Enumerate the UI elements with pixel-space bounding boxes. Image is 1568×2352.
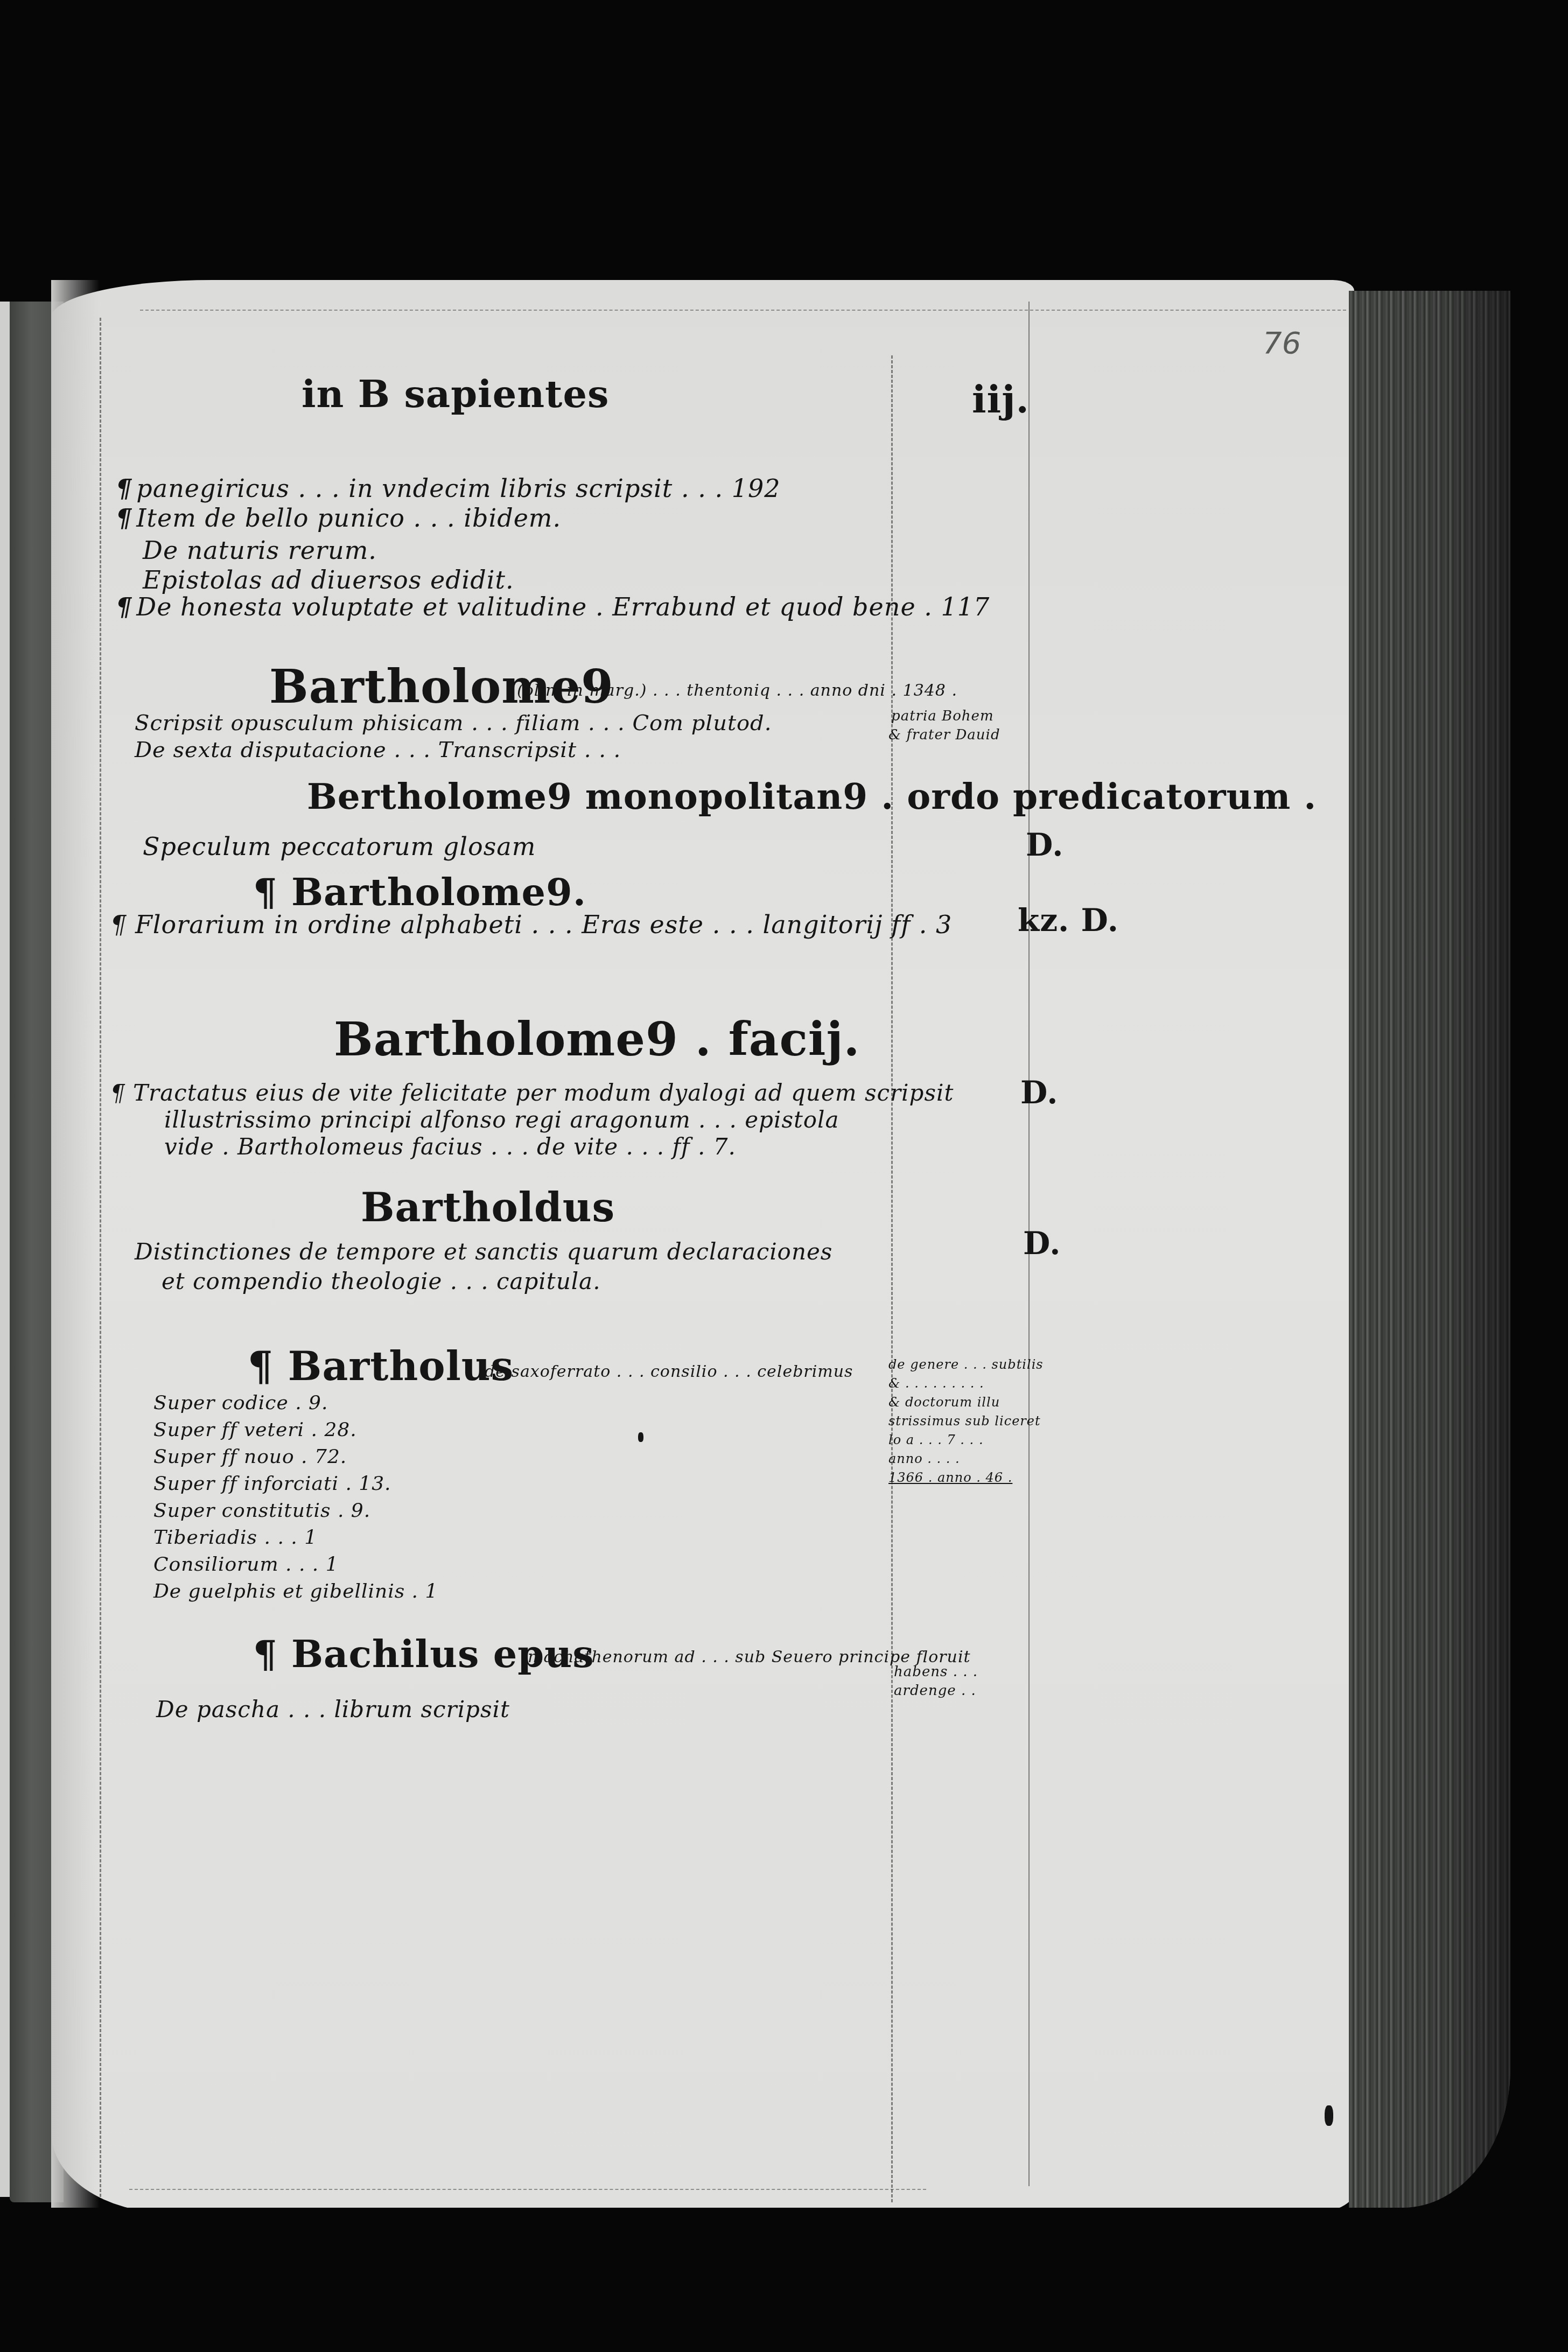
section-line: Super ff nouo . 72. xyxy=(153,1446,347,1468)
column-mark: kz. D. xyxy=(1018,902,1119,939)
ruling-top xyxy=(140,310,1346,311)
entry-line: ¶panegiricus . . . in vndecim libris scr… xyxy=(116,474,780,503)
margin-note: de genere . . . subtilis xyxy=(888,1357,1044,1372)
entry-line: ¶Item de bello punico . . . ibidem. xyxy=(116,503,561,533)
column-mark: D. xyxy=(1023,1225,1061,1262)
section-line: Super ff veteri . 28. xyxy=(153,1419,357,1441)
ink-spot xyxy=(1325,2105,1333,2126)
margin-note: habens . . . xyxy=(894,1664,978,1680)
margin-note: 1366 . anno . 46 . xyxy=(888,1470,1012,1485)
margin-note: & doctorum illu xyxy=(888,1395,1000,1410)
section-heading: Bartholome9 . facij. xyxy=(334,1012,860,1067)
section-line: ¶ Tractatus eius de vite felicitate per … xyxy=(110,1080,954,1106)
section-line: Scripsit opusculum phisicam . . . filiam… xyxy=(135,711,772,736)
entry-line: Epistolas ad diuersos edidit. xyxy=(143,565,514,594)
section-line: Super ff inforciati . 13. xyxy=(153,1473,391,1495)
section-line: De sexta disputacione . . . Transcripsit… xyxy=(135,738,621,762)
book-fore-edge xyxy=(1349,291,1510,2208)
section-line: Super codice . 9. xyxy=(153,1392,328,1414)
margin-note: patria Bohem xyxy=(891,708,994,724)
margin-note: anno . . . . xyxy=(888,1451,960,1466)
ruling-left xyxy=(100,318,101,2197)
section-line: vide . Bartholomeus facius . . . de vite… xyxy=(164,1133,736,1160)
entry-line: ¶De honesta voluptate et valitudine . Er… xyxy=(116,592,990,621)
previous-page-edge xyxy=(0,302,11,2197)
margin-note: strissimus sub liceret xyxy=(888,1413,1041,1429)
margin-note: ardenge . . xyxy=(894,1683,976,1699)
section-line: Distinctiones de tempore et sanctis quar… xyxy=(135,1238,832,1265)
running-head-left: in B sapientes xyxy=(302,372,609,416)
ruling-middle xyxy=(891,355,893,2202)
section-heading-note: (olim in marg.) . . . thentoniq . . . an… xyxy=(517,681,957,700)
column-mark: D. xyxy=(1026,827,1063,863)
section-heading: Bartholdus xyxy=(361,1185,615,1231)
column-mark: D. xyxy=(1020,1074,1058,1111)
running-head-right: iij. xyxy=(972,377,1030,422)
section-line: De guelphis et gibellinis . 1 xyxy=(153,1580,438,1602)
section-line: Super constitutis . 9. xyxy=(153,1500,370,1522)
ruling-bottom xyxy=(129,2189,926,2190)
bottom-shadow xyxy=(0,2208,1568,2352)
section-heading: Bertholome9 monopolitan9 . ordo predicat… xyxy=(307,775,1317,817)
section-line: ¶ Florarium in ordine alphabeti . . . Er… xyxy=(110,910,952,939)
margin-note: & frater Dauid xyxy=(888,727,1000,743)
section-heading: ¶ Bartholome9. xyxy=(253,870,586,914)
section-line: Speculum peccatorum glosam xyxy=(143,832,536,861)
margin-note: lo a . . . 7 . . . xyxy=(888,1432,984,1447)
ink-spot xyxy=(638,1432,643,1442)
margin-note: & . . . . . . . . . xyxy=(888,1376,984,1391)
section-heading: ¶ Bartholus xyxy=(248,1343,514,1390)
section-line: Tiberiadis . . . 1 xyxy=(153,1527,317,1549)
section-heading-note: de saxoferrato . . . consilio . . . cele… xyxy=(485,1362,853,1381)
section-line: De pascha . . . librum scripsit xyxy=(156,1696,510,1723)
folio-number: 76 xyxy=(1263,326,1301,361)
section-line: et compendio theologie . . . capitula. xyxy=(162,1268,601,1294)
section-line: illustrissimo principi alfonso regi arag… xyxy=(164,1107,839,1133)
section-line: Consiliorum . . . 1 xyxy=(153,1553,339,1576)
entry-line: De naturis rerum. xyxy=(143,536,377,565)
